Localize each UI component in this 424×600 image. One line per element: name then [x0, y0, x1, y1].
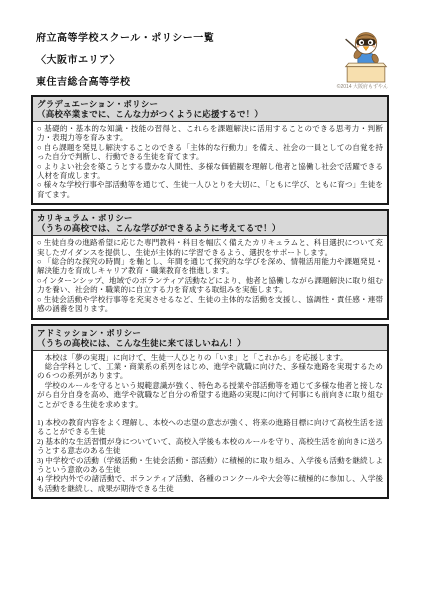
mozuyan-mascot-icon	[344, 30, 388, 83]
policy-item: ○ 「総合的な探究の時間」を軸とし、年間を通じて探究的な学びを深め、情報活用能力…	[37, 257, 383, 276]
policy-item: ○ よりよい社会を築こうとする豊かな人間性、多様な価値観を理解し他者と協働し社会…	[37, 162, 383, 181]
policy-body-curriculum: ○ 生徒自身の進路希望に応じた専門教科・科目を幅広く備えたカリキュラムと、科目選…	[33, 236, 387, 317]
document-page: 府立高等学校スクール・ポリシー一覧 〈大阪市エリア〉 東住吉総合高等学校	[0, 0, 424, 600]
policy-subtitle: （うちの高校には、こんな生徒に来てほしいねん！）	[37, 338, 383, 348]
policy-item: ○ 生徒会活動や学校行事等を充実させるなど、生徒の主体的な活動を支援し、協調性・…	[37, 295, 383, 314]
mascot-credit: ©2014 大阪府もずやん	[326, 84, 388, 90]
paragraph-spacer	[37, 409, 383, 418]
policy-body-graduation: ○ 基礎的・基本的な知識・技能の習得と、これらを課題解決に活用することのできる思…	[33, 122, 387, 203]
policy-subtitle: （うちの高校では、こんな学びができるように考えてるで！）	[37, 223, 383, 233]
mascot-left-pupil	[361, 41, 363, 43]
policy-box-admission: アドミッション・ポリシー （うちの高校には、こんな生徒に来てほしいねん！） 本校…	[31, 324, 389, 500]
policy-paragraph: 学校のルールを守るという規範意識が強く、特色ある授業や部活動等を通じて多様な他者…	[37, 381, 383, 409]
policy-item: ○インターンシップ、地域でのボランティア活動などにより、他者と協働しながら課題解…	[37, 276, 383, 295]
policy-item: ○ 様々な学校行事や部活動等を通じて、生徒一人ひとりを大切に、「ともに学び、とも…	[37, 180, 383, 199]
mascot-desk-top	[346, 63, 387, 67]
mascot-right-pupil	[369, 41, 371, 43]
policy-numbered-item: 2) 基本的な生活習慣が身についていて、高校入学後も本校のルールを守り、高校生活…	[37, 437, 383, 456]
policy-title: カリキュラム・ポリシー	[37, 213, 383, 223]
policy-paragraph: 本校は「夢の実現」に向けて、生徒一人ひとりの「いま」と「これから」を応援します。	[37, 353, 383, 362]
policy-paragraph: 総合学科として、工業・商業系の系列をはじめ、進学や就職に向けた、多様な進路を実現…	[37, 362, 383, 381]
document-header: 府立高等学校スクール・ポリシー一覧 〈大阪市エリア〉 東住吉総合高等学校	[36, 33, 214, 88]
policy-header-curriculum: カリキュラム・ポリシー （うちの高校では、こんな学びができるように考えてるで！）	[33, 211, 387, 236]
policy-numbered-item: 1) 本校の教育内容をよく理解し、本校への志望の意志が強く、将来の進路目標に向け…	[37, 418, 383, 437]
page-title: 府立高等学校スクール・ポリシー一覧	[36, 33, 214, 44]
policy-subtitle: （高校卒業までに、こんな力がつくように応援するで！）	[37, 109, 383, 119]
policy-title: グラデュエーション・ポリシー	[37, 99, 383, 109]
policy-numbered-item: 4) 学校内外での諸活動で、ボランティア活動、各種のコンクールや大会等に積極的に…	[37, 474, 383, 493]
policy-box-graduation: グラデュエーション・ポリシー （高校卒業までに、こんな力がつくように応援するで！…	[31, 95, 389, 205]
mascot-drawing	[344, 30, 388, 83]
mascot-right-cheek	[373, 45, 376, 48]
policy-header-graduation: グラデュエーション・ポリシー （高校卒業までに、こんな力がつくように応援するで！…	[33, 97, 387, 122]
policy-body-admission: 本校は「夢の実現」に向けて、生徒一人ひとりの「いま」と「これから」を応援します。…	[33, 351, 387, 498]
mascot-desk-front	[347, 67, 385, 82]
policy-box-curriculum: カリキュラム・ポリシー （うちの高校では、こんな学びができるように考えてるで！）…	[31, 209, 389, 319]
policy-header-admission: アドミッション・ポリシー （うちの高校には、こんな生徒に来てほしいねん！）	[33, 326, 387, 351]
policy-item: ○ 生徒自身の進路希望に応じた専門教科・科目を幅広く備えたカリキュラムと、科目選…	[37, 238, 383, 257]
mascot-left-cheek	[357, 45, 360, 48]
area-label: 〈大阪市エリア〉	[36, 55, 214, 66]
school-name: 東住吉総合高等学校	[36, 77, 214, 88]
policy-title: アドミッション・ポリシー	[37, 328, 383, 338]
policy-list: グラデュエーション・ポリシー （高校卒業までに、こんな力がつくように応援するで！…	[31, 95, 389, 503]
policy-item: ○ 自ら課題を発見し解決することのできる「主体的な行動力」を備え、社会の一員とし…	[37, 143, 383, 162]
policy-numbered-item: 3) 中学校での活動（学級活動・生徒会活動・部活動）に積極的に取り組み、入学後も…	[37, 456, 383, 475]
policy-item: ○ 基礎的・基本的な知識・技能の習得と、これらを課題解決に活用することのできる思…	[37, 124, 383, 143]
